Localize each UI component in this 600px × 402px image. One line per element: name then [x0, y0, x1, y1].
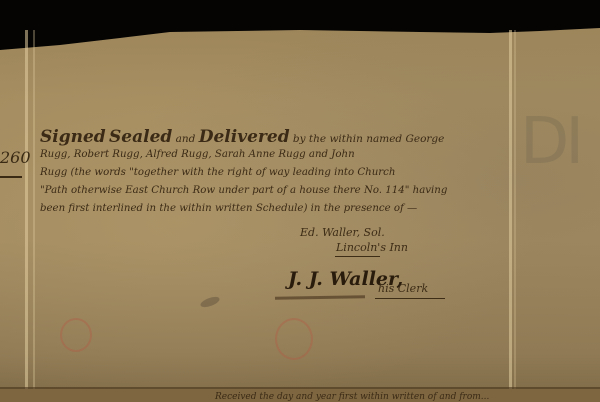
faded-ghost-stamp: DI [520, 105, 580, 179]
folio-underline [0, 176, 22, 178]
attestation-line-1: Signed Sealed and Delivered by the withi… [40, 128, 510, 146]
signed-word: Signed [40, 127, 106, 147]
sealed-word: Sealed [109, 127, 172, 147]
witness-underline [335, 256, 380, 257]
attestation-clause: Signed Sealed and Delivered by the withi… [40, 128, 510, 218]
attestation-line-4: "Path otherwise East Church Row under pa… [40, 182, 510, 200]
vertical-fold-line [33, 30, 35, 402]
vertical-fold-line [514, 30, 516, 402]
red-ink-stamp [275, 318, 313, 360]
bottom-partial-text: Received the day and year first within w… [215, 392, 489, 402]
clerk-title: his Clerk [378, 282, 428, 295]
red-ink-stamp [60, 318, 92, 352]
attestation-line-2: Rugg, Robert Rugg, Alfred Rugg, Sarah An… [40, 146, 510, 164]
delivered-word: Delivered [199, 127, 290, 147]
folio-number: 260 [0, 148, 31, 167]
witness-name: Ed. Waller, Sol. [300, 226, 385, 239]
line1-rest: by the within named George [293, 133, 444, 145]
witness-address: Lincoln's Inn [336, 241, 408, 254]
clerk-title-underline [375, 298, 445, 299]
vertical-fold-line [25, 30, 28, 402]
attestation-line-3: Rugg (the words "together with the right… [40, 164, 510, 182]
attestation-line-5: been first interlined in the within writ… [40, 200, 510, 218]
and-word: and [176, 133, 196, 145]
